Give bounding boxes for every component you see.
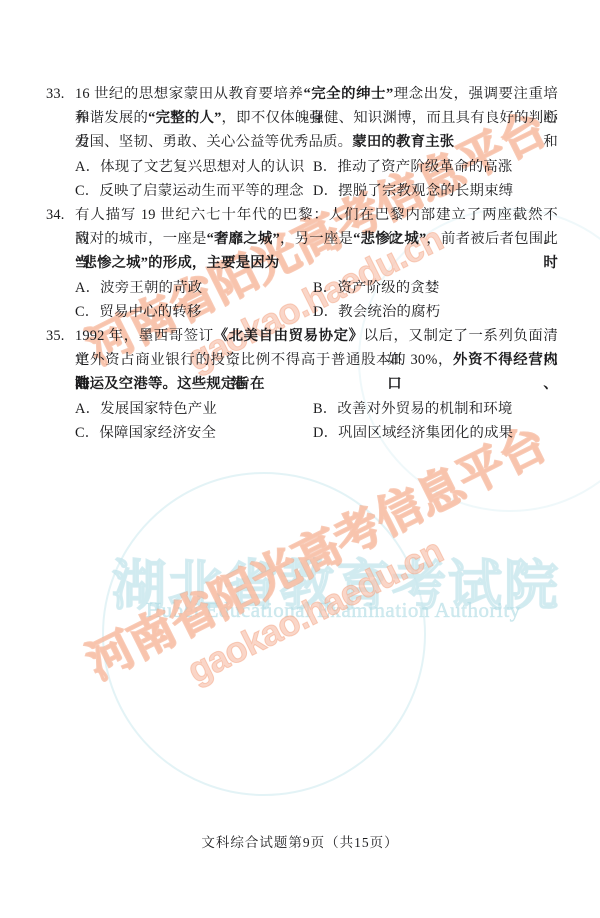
question-35-option-c: C．保障国家经济安全: [75, 421, 216, 445]
question-34-option-c: C．贸易中心的转移: [75, 300, 202, 324]
question-34-number: 34.: [46, 203, 65, 227]
question-34-line-2: 敌对的城市，一座是“奢靡之城”，另一座是“悲惨之城”，前者被后者包围。当时: [75, 227, 558, 251]
exam-page: 湖北省教育考试院 Hubei Educational Examination A…: [0, 0, 600, 918]
question-33-line-1: 33. 16 世纪的思想家蒙田从教育要培养“完全的绅士”理念出发，强调要注重培养…: [75, 82, 558, 106]
question-35-line-1: 35. 1992 年，墨西哥签订《北美自由贸易协定》以后，又制定了一系列负面清单…: [75, 324, 558, 348]
question-33-option-b: B．推动了资产阶级革命的高涨: [313, 155, 512, 179]
question-35-line-3: 海运及空港等。这些规定旨在: [75, 372, 558, 396]
question-33-option-a: A．体现了文艺复兴思想对人的认识: [75, 155, 304, 179]
question-33-line-3: 爱国、坚韧、勇敢、关心公益等优秀品质。蒙田的教育主张: [75, 130, 558, 154]
question-35-number: 35.: [46, 324, 65, 348]
question-34-line-1: 34. 有人描写 19 世纪六七十年代的巴黎：人们在巴黎内部建立了两座截然不同、…: [75, 203, 558, 227]
question-33-line-2: 和谐发展的“完整的人”，即不仅体魄强健、知识渊博，而且具有良好的判断力和: [75, 106, 558, 130]
question-34-option-b: B．资产阶级的贪婪: [313, 276, 440, 300]
question-35-option-b: B．改善对外贸易的机制和环境: [313, 397, 512, 421]
question-35-option-a: A．发展国家特色产业: [75, 397, 217, 421]
question-33-option-c: C．反映了启蒙运动生而平等的理念: [75, 179, 304, 203]
question-34-option-a: A．波旁王朝的苛政: [75, 276, 202, 300]
question-34-line-3: “悲惨之城”的形成，主要是因为: [75, 251, 558, 275]
question-35-option-d: D．巩固区域经济集团化的成果: [313, 421, 513, 445]
question-34-options-row-1: A．波旁王朝的苛政 B．资产阶级的贪婪: [75, 276, 558, 300]
seal-circle-watermark: [102, 472, 426, 796]
question-35-line-2: 定外资占商业银行的投资比例不得高于普通股本的 30%，外资不得经营内陆港口、: [75, 348, 558, 372]
question-34-option-d: D．教会统治的腐朽: [313, 300, 440, 324]
page-footer: 文科综合试题第9页（共15页）: [0, 831, 600, 851]
question-33-options-row-2: C．反映了启蒙运动生而平等的理念 D．摆脱了宗教观念的长期束缚: [75, 179, 558, 203]
question-35: 35. 1992 年，墨西哥签订《北美自由贸易协定》以后，又制定了一系列负面清单…: [46, 324, 558, 445]
question-33: 33. 16 世纪的思想家蒙田从教育要培养“完全的绅士”理念出发，强调要注重培养…: [46, 82, 558, 203]
question-35-options-row-1: A．发展国家特色产业 B．改善对外贸易的机制和环境: [75, 397, 558, 421]
question-33-options-row-1: A．体现了文艺复兴思想对人的认识 B．推动了资产阶级革命的高涨: [75, 155, 558, 179]
question-34-options-row-2: C．贸易中心的转移 D．教会统治的腐朽: [75, 300, 558, 324]
question-33-option-d: D．摆脱了宗教观念的长期束缚: [313, 179, 513, 203]
question-34: 34. 有人描写 19 世纪六七十年代的巴黎：人们在巴黎内部建立了两座截然不同、…: [46, 203, 558, 324]
question-35-options-row-2: C．保障国家经济安全 D．巩固区域经济集团化的成果: [75, 421, 558, 445]
question-33-number: 33.: [46, 82, 65, 106]
